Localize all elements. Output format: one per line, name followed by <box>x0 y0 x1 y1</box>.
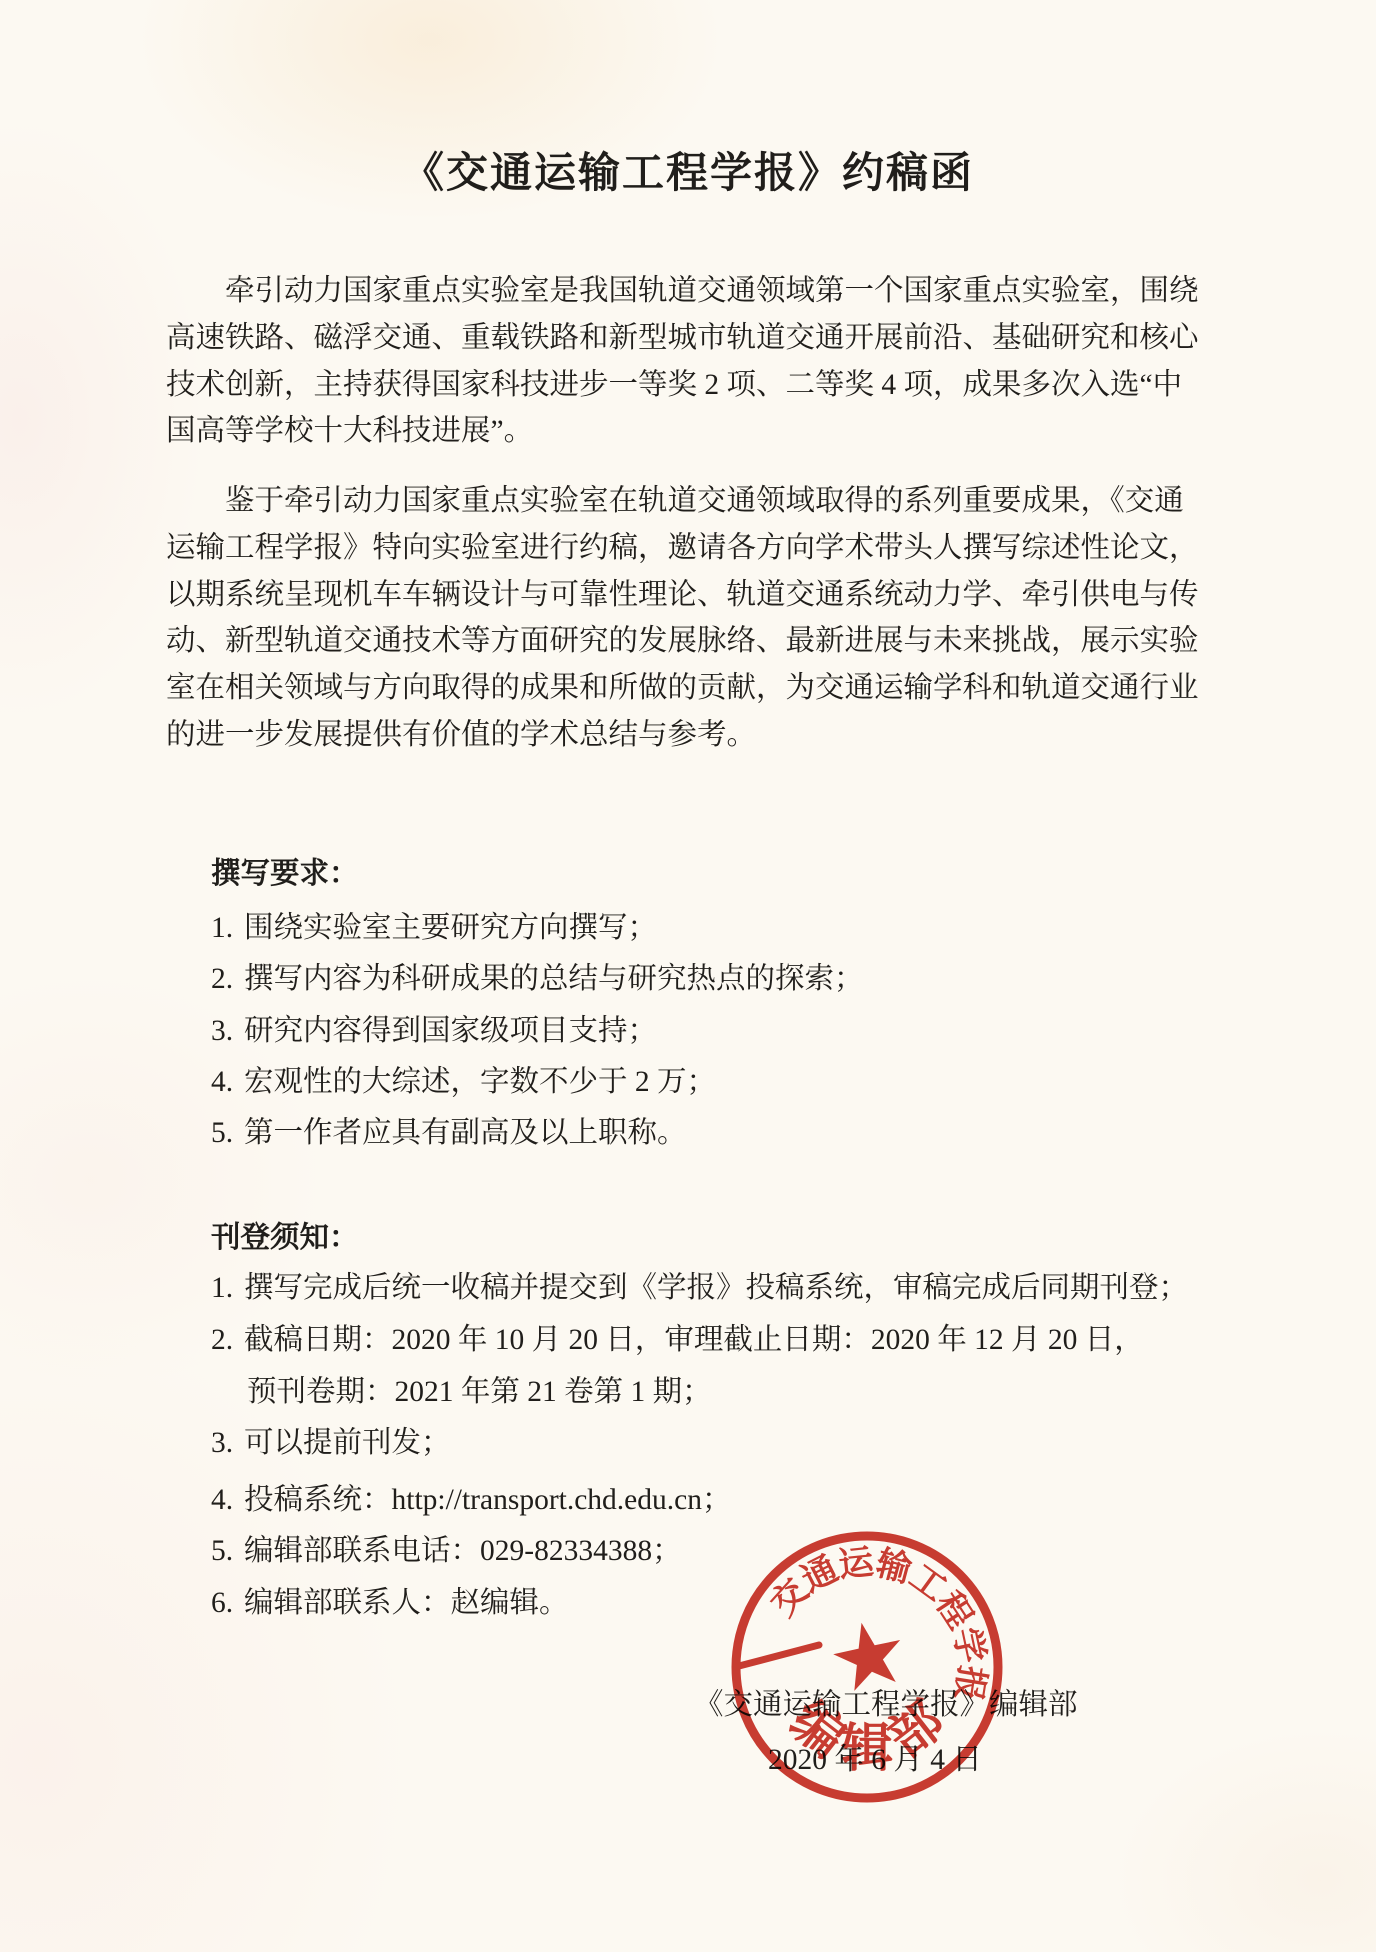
paragraph-line: 国高等学校十大科技进展”。 <box>166 408 1214 455</box>
paragraph-1: 牵引动力国家重点实验室是我国轨道交通领域第一个国家重点实验室，围绕 高速铁路、磁… <box>166 268 1214 455</box>
scanned-letter-page: 《交通运输工程学报》约稿函 牵引动力国家重点实验室是我国轨道交通领域第一个国家重… <box>0 0 1376 1952</box>
seal-ring-char: 学 <box>946 1624 991 1666</box>
list-item-text: 编辑部联系人：赵编辑。 <box>244 1587 569 1619</box>
list-item-text: 投稿系统：http://transport.chd.edu.cn； <box>244 1484 732 1516</box>
list-item: 2.截稿日期：2020 年 10 月 20 日，审理截止日期：2020 年 12… <box>211 1316 1144 1358</box>
list-item-text: 宏观性的大综述，字数不少于 2 万； <box>244 1066 716 1098</box>
list-item-number: 4. <box>211 1066 244 1099</box>
list-item: 3.可以提前刊发； <box>211 1419 451 1461</box>
paragraph-line: 动、新型轨道交通技术等方面研究的发展脉络、最新进展与未来挑战，展示实验 <box>166 618 1214 665</box>
list-item-number: 1. <box>211 1272 244 1305</box>
paragraph-line: 牵引动力国家重点实验室是我国轨道交通领域第一个国家重点实验室，围绕 <box>166 268 1214 315</box>
list-item: 1.围绕实验室主要研究方向撰写； <box>211 904 657 946</box>
paragraph-line: 高速铁路、磁浮交通、重载铁路和新型城市轨道交通开展前沿、基础研究和核心 <box>166 315 1214 362</box>
list-item-number: 6. <box>211 1587 244 1620</box>
list-item-number: 5. <box>211 1117 244 1150</box>
list-item-text: 撰写完成后统一收稿并提交到《学报》投稿系统，审稿完成后同期刊登； <box>244 1272 1188 1304</box>
paragraph-line: 运输工程学报》特向实验室进行约稿，邀请各方向学术带头人撰写综述性论文， <box>166 525 1214 572</box>
list-item: 5.编辑部联系电话：029-82334388； <box>211 1527 682 1569</box>
paragraph-line: 室在相关领域与方向取得的成果和所做的贡献，为交通运输学科和轨道交通行业 <box>166 665 1214 712</box>
red-star-icon <box>828 1616 908 1694</box>
list-item: 6.编辑部联系人：赵编辑。 <box>211 1579 569 1621</box>
list-item-text: 截稿日期：2020 年 10 月 20 日，审理截止日期：2020 年 12 月… <box>244 1324 1144 1356</box>
list-item: 1.撰写完成后统一收稿并提交到《学报》投稿系统，审稿完成后同期刊登； <box>211 1264 1188 1306</box>
list-item: 4.投稿系统：http://transport.chd.edu.cn； <box>211 1476 732 1518</box>
paragraph-line: 以期系统呈现机车车辆设计与可靠性理论、轨道交通系统动力学、牵引供电与传 <box>166 572 1214 619</box>
list-item: 3.研究内容得到国家级项目支持； <box>211 1007 657 1049</box>
list-item-continuation: 预刊卷期：2021 年第 21 卷第 1 期； <box>247 1368 712 1410</box>
list-item: 4.宏观性的大综述，字数不少于 2 万； <box>211 1058 716 1100</box>
paragraph-line: 的进一步发展提供有价值的学术总结与参考。 <box>166 712 1214 759</box>
list-item: 2.撰写内容为科研成果的总结与研究热点的探索； <box>211 955 864 997</box>
list-item-number: 2. <box>211 963 244 996</box>
list-item-number: 1. <box>211 912 244 945</box>
seal-slash-mark <box>739 1645 819 1666</box>
list-item-text: 撰写内容为科研成果的总结与研究热点的探索； <box>244 963 864 995</box>
list-item-text: 编辑部联系电话：029-82334388； <box>244 1535 682 1567</box>
list-item-number: 2. <box>211 1324 244 1357</box>
list-item-number: 3. <box>211 1015 244 1048</box>
list-item-text: 研究内容得到国家级项目支持； <box>244 1015 657 1047</box>
paragraph-line: 技术创新，主持获得国家科技进步一等奖 2 项、二等奖 4 项，成果多次入选“中 <box>166 362 1214 409</box>
seal-ring-char: 运 <box>837 1542 877 1585</box>
list-item-number: 3. <box>211 1427 244 1460</box>
section-heading-publication-notes: 刊登须知： <box>211 1214 359 1256</box>
document-title: 《交通运输工程学报》约稿函 <box>0 140 1376 200</box>
official-seal: 交 通 运 输 工 程 学 报 编 辑 部 <box>724 1524 1010 1810</box>
list-item-text: 围绕实验室主要研究方向撰写； <box>244 912 657 944</box>
seal-ring-char: 报 <box>948 1663 992 1704</box>
list-item-number: 4. <box>211 1484 244 1517</box>
list-item: 5.第一作者应具有副高及以上职称。 <box>211 1109 687 1151</box>
paragraph-line: 鉴于牵引动力国家重点实验室在轨道交通领域取得的系列重要成果，《交通 <box>166 478 1214 525</box>
list-item-text: 预刊卷期：2021 年第 21 卷第 1 期； <box>247 1376 712 1408</box>
list-item-number: 5. <box>211 1535 244 1568</box>
paragraph-2: 鉴于牵引动力国家重点实验室在轨道交通领域取得的系列重要成果，《交通 运输工程学报… <box>166 478 1214 759</box>
section-heading-writing-requirements: 撰写要求： <box>211 850 359 892</box>
list-item-text: 第一作者应具有副高及以上职称。 <box>244 1117 687 1149</box>
list-item-text: 可以提前刊发； <box>244 1427 451 1459</box>
